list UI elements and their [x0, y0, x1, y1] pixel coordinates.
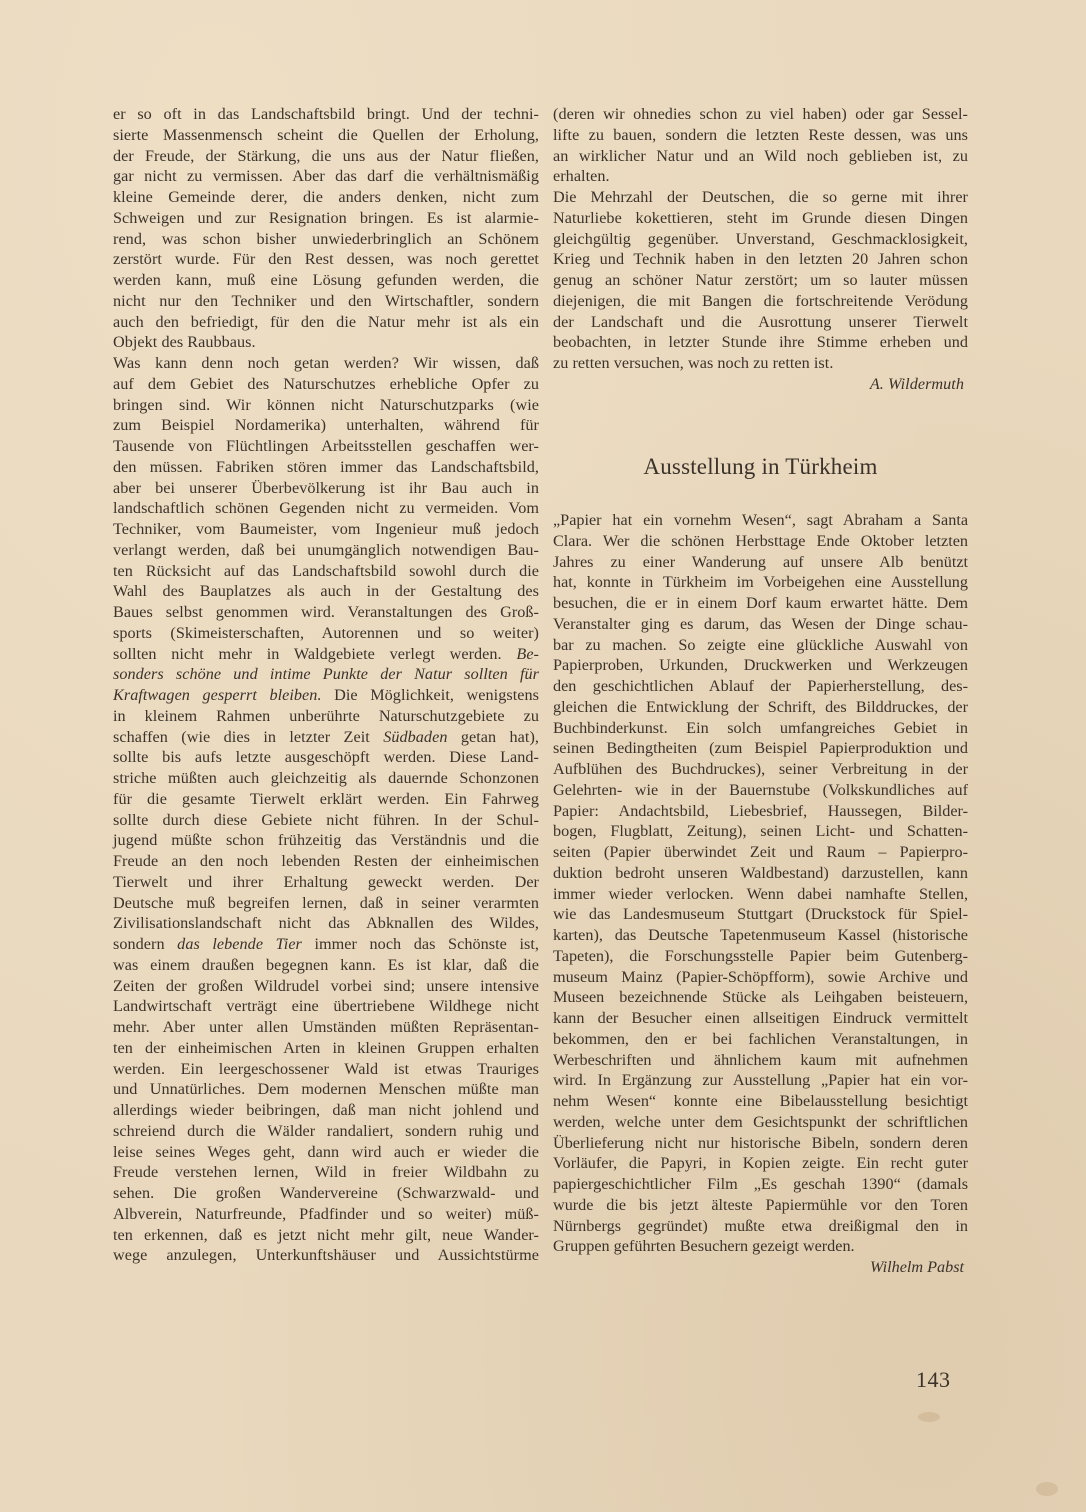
text-line-mixed: schaffen (wie dies in letzter Zeit Südba… [113, 727, 539, 748]
text-line: bar zu machen. So zeigte eine glückliche… [553, 635, 968, 656]
text-fragment: Die Möglichkeit, wenigstens [322, 686, 539, 704]
text-line: Albverein, Naturfreunde, Pfadfinder und … [113, 1204, 539, 1225]
emphasis-text: Be- [516, 645, 539, 663]
text-line: seiten (Papier überwindet Zeit und Raum … [553, 842, 968, 863]
text-line: Clara. Wer die schönen Herbsttage Ende O… [553, 531, 968, 552]
text-line: auf dem Gebiet des Naturschutzes erhebli… [113, 374, 539, 395]
text-line: besuchen, die er in einem Dorf kaum erwa… [553, 593, 968, 614]
text-line: sollte bis aufs letzte ausgeschöpft werd… [113, 747, 539, 768]
text-line: sehen. Die großen Wandervereine (Schwarz… [113, 1183, 539, 1204]
text-line-mixed: sondern das lebende Tier immer noch das … [113, 934, 539, 955]
text-line: Krieg und Technik haben in den letzten 2… [553, 249, 968, 270]
article-author: A. Wildermuth [553, 374, 968, 395]
text-line: Was kann denn noch getan werden? Wir wis… [113, 353, 539, 374]
text-line: duktion bedroht unseren Waldbestand) dar… [553, 863, 968, 884]
text-line: Tausende von Flüchtlingen Arbeitsstellen… [113, 436, 539, 457]
text-line: Baues selbst genommen wird. Veranstaltun… [113, 602, 539, 623]
text-line: papiergeschichtlicher Film „Es geschah 1… [553, 1174, 968, 1195]
article-author: Wilhelm Pabst [553, 1257, 968, 1278]
text-line: diejenigen, die mit Bangen die fortschre… [553, 291, 968, 312]
text-line: ten der einheimischen Arten in kleinen G… [113, 1038, 539, 1059]
text-line: Buchbinderkunst. Ein solch umfangreiches… [553, 718, 968, 739]
text-line: Gelehrten- wie in der Bauernstube (Volks… [553, 780, 968, 801]
text-line: museum Mainz (Papier-Schöpfform), sowie … [553, 967, 968, 988]
text-line: Gruppen geführten Besuchern gezeigt werd… [553, 1236, 968, 1257]
text-line: nicht nur den Techniker und den Wirtscha… [113, 291, 539, 312]
text-line: seinen Bedingtheiten (zum Beispiel Papie… [553, 738, 968, 759]
text-line: genug an schöner Natur zerstört; um so l… [553, 270, 968, 291]
text-line: Zeiten der großen Wildrudel vorbei sind;… [113, 976, 539, 997]
text-line: karten), das Deutsche Tapetenmuseum Kass… [553, 925, 968, 946]
text-line: gar nicht zu vermissen. Aber das darf di… [113, 166, 539, 187]
emphasis-text: Kraftwagen gesperrt bleiben. [113, 686, 322, 704]
text-line: (deren wir ohnedies schon zu viel haben)… [553, 104, 968, 125]
text-line: Vorläufer, die Papyri, in Kopien zeigte.… [553, 1153, 968, 1174]
text-line: Tierwelt und ihrer Erhaltung geweckt wer… [113, 872, 539, 893]
text-line: bogen, Flugblatt, Zeitung), seinen Licht… [553, 821, 968, 842]
text-line: jugend müßte schon frühzeitig das Verstä… [113, 830, 539, 851]
text-fragment: sollten nicht mehr in Waldgebiete verleg… [113, 645, 516, 663]
text-line: Museen bezeichnende Stücke als Leihgaben… [553, 987, 968, 1008]
text-line: Papier: Andachtsbild, Liebesbrief, Hauss… [553, 801, 968, 822]
emphasis-text: das lebende Tier [177, 935, 302, 953]
text-line: landschaftlich schönen Gegenden nicht zu… [113, 498, 539, 519]
page-number: 143 [916, 1367, 951, 1393]
text-line: Die Mehrzahl der Deutschen, die so gerne… [553, 187, 968, 208]
text-line: gleichen die Entwicklung der Schrift, de… [553, 697, 968, 718]
text-line: Wahl des Bauplatzes als auch in der Gest… [113, 581, 539, 602]
text-line: wird. In Ergänzung zur Ausstellung „Papi… [553, 1070, 968, 1091]
emphasis-text: Südbaden [383, 728, 447, 746]
text-line: Objekt des Raubbaus. [113, 332, 539, 353]
text-line: sports (Skimeisterschaften, Autorennen u… [113, 623, 539, 644]
text-line: was einem draußen begegnen kann. Es ist … [113, 955, 539, 976]
text-line: nehm Wesen“ konnte eine Bibelausstellung… [553, 1091, 968, 1112]
paper-stain [1036, 1482, 1058, 1496]
text-line-mixed: Kraftwagen gesperrt bleiben. Die Möglich… [113, 685, 539, 706]
text-line-mixed: sollten nicht mehr in Waldgebiete verleg… [113, 644, 539, 665]
text-line: werden kann, muß eine Lösung gefunden we… [113, 270, 539, 291]
text-line: er so oft in das Landschaftsbild bringt.… [113, 104, 539, 125]
text-line: auch den befriedigt, für den die Natur m… [113, 312, 539, 333]
text-line: gleichgültig gegenüber. Unverstand, Gesc… [553, 229, 968, 250]
text-line-emphasis: sonders schöne und intime Punkte der Nat… [113, 664, 539, 685]
text-line: mehr. Aber unter allen Umständen müßten … [113, 1017, 539, 1038]
text-line: Papierproben, Urkunden, Druckwerken und … [553, 655, 968, 676]
text-line: wie das Landesmuseum Stuttgart (Drucksto… [553, 904, 968, 925]
text-line: Tapeten), die Forschungsstelle Papier be… [553, 946, 968, 967]
text-line: Zivilisationslandschaft nicht das Abknal… [113, 913, 539, 934]
text-line: zu retten versuchen, was noch zu retten … [553, 353, 968, 374]
text-line: Deutsche muß begreifen lernen, daß in se… [113, 893, 539, 914]
text-line: sierte Massenmensch scheint die Quellen … [113, 125, 539, 146]
text-line: der Freude, der Stärkung, die uns aus de… [113, 146, 539, 167]
text-fragment: schaffen (wie dies in letzter Zeit [113, 728, 383, 746]
text-line: Werbeschriften und ähnlichem kaum mit au… [553, 1050, 968, 1071]
text-line: und Unnatürliches. Dem modernen Menschen… [113, 1079, 539, 1100]
text-line: wurde die bis jetzt älteste Papiermühle … [553, 1195, 968, 1216]
text-line: Aufblühen des Buchdruckes), seiner Verbr… [553, 759, 968, 780]
text-line: schreiend durch die Wälder randaliert, s… [113, 1121, 539, 1142]
text-line: Naturliebe kokettieren, steht im Grunde … [553, 208, 968, 229]
text-line: Techniker, vom Baumeister, vom Ingenieur… [113, 519, 539, 540]
text-line: den geschichtlichen Ablauf der Papierher… [553, 676, 968, 697]
text-line: für die gesamte Tierwelt erklärt werden.… [113, 789, 539, 810]
emphasis-text: sonders schöne und intime Punkte der Nat… [113, 665, 539, 683]
text-line: Nürnbergs gegründet) mußte etwa dreißigm… [553, 1216, 968, 1237]
text-fragment: sondern [113, 935, 177, 953]
text-line: leise seines Weges geht, dann wird auch … [113, 1142, 539, 1163]
text-line: den müssen. Fabriken stören immer das La… [113, 457, 539, 478]
text-fragment: getan hat), [447, 728, 539, 746]
text-line: Freude an den noch lebenden Resten der e… [113, 851, 539, 872]
text-line: Veranstalter ging es darum, das Wesen de… [553, 614, 968, 635]
paper-stain [918, 1412, 940, 1422]
text-line: immer wieder verlocken. Wenn dabei namha… [553, 884, 968, 905]
article-left-column: er so oft in das Landschaftsbild bringt.… [113, 104, 539, 1266]
text-line: werden. Ein leergeschossener Wald ist et… [113, 1059, 539, 1080]
text-line: erhalten. [553, 166, 968, 187]
text-line: werden, welche unter dem Gesichtspunkt d… [553, 1112, 968, 1133]
text-line: kleine Gemeinde derer, die anders denken… [113, 187, 539, 208]
text-line: aber bei unserer Überbevölkerung ist ihr… [113, 478, 539, 499]
text-line: kann der Besucher einen allseitigen Eind… [553, 1008, 968, 1029]
text-line: Überlieferung nicht nur historische Bibe… [553, 1133, 968, 1154]
article-body: „Papier hat ein vornehm Wesen“, sagt Abr… [553, 510, 968, 1278]
text-line: bringen sind. Wir können nicht Naturschu… [113, 395, 539, 416]
text-line: Landwirtschaft verträgt eine übertrieben… [113, 996, 539, 1017]
text-line: lifte zu bauen, sondern die letzten Rest… [553, 125, 968, 146]
text-line: Freude verstehen lernen, Wild in freier … [113, 1162, 539, 1183]
text-line: „Papier hat ein vornehm Wesen“, sagt Abr… [553, 510, 968, 531]
text-line: hat, konnte in Türkheim im Vorbeigehen e… [553, 572, 968, 593]
text-line: beobachten, in letzter Stunde ihre Stimm… [553, 332, 968, 353]
text-line: ten erkennen, daß es jetzt nicht mehr gi… [113, 1225, 539, 1246]
text-line: sollte durch diese Gebiete nicht führen.… [113, 810, 539, 831]
text-line: der Landschaft und die Ausrottung unsere… [553, 312, 968, 333]
text-line: Jahres zu einer Wanderung auf unsere Alb… [553, 552, 968, 573]
text-line: zum Beispiel Nordamerika) unterhalten, w… [113, 415, 539, 436]
text-fragment: immer noch das Schönste ist, [302, 935, 539, 953]
text-line: wege anzulegen, Unterkunftshäuser und Au… [113, 1245, 539, 1266]
text-line: Schweigen und zur Resignation bringen. E… [113, 208, 539, 229]
text-line: in kleinem Rahmen unberührte Naturschutz… [113, 706, 539, 727]
article-title: Ausstellung in Türkheim [553, 454, 968, 480]
text-line: an wirklicher Natur und an Wild noch geb… [553, 146, 968, 167]
text-line: ten Rücksicht auf das Landschaftsbild so… [113, 561, 539, 582]
text-line: allerdings wieder beibringen, daß man ni… [113, 1100, 539, 1121]
text-line: zerstört wurde. Für den Rest dessen, was… [113, 249, 539, 270]
text-line: bekommen, den er bei fachlichen Veransta… [553, 1029, 968, 1050]
text-line: rend, was schon bisher unwiederbringlich… [113, 229, 539, 250]
text-line: verlangt werden, daß bei unumgänglich no… [113, 540, 539, 561]
article-right-column: (deren wir ohnedies schon zu viel haben)… [553, 104, 968, 395]
text-line: striche müßten auch gleichzeitig als dau… [113, 768, 539, 789]
